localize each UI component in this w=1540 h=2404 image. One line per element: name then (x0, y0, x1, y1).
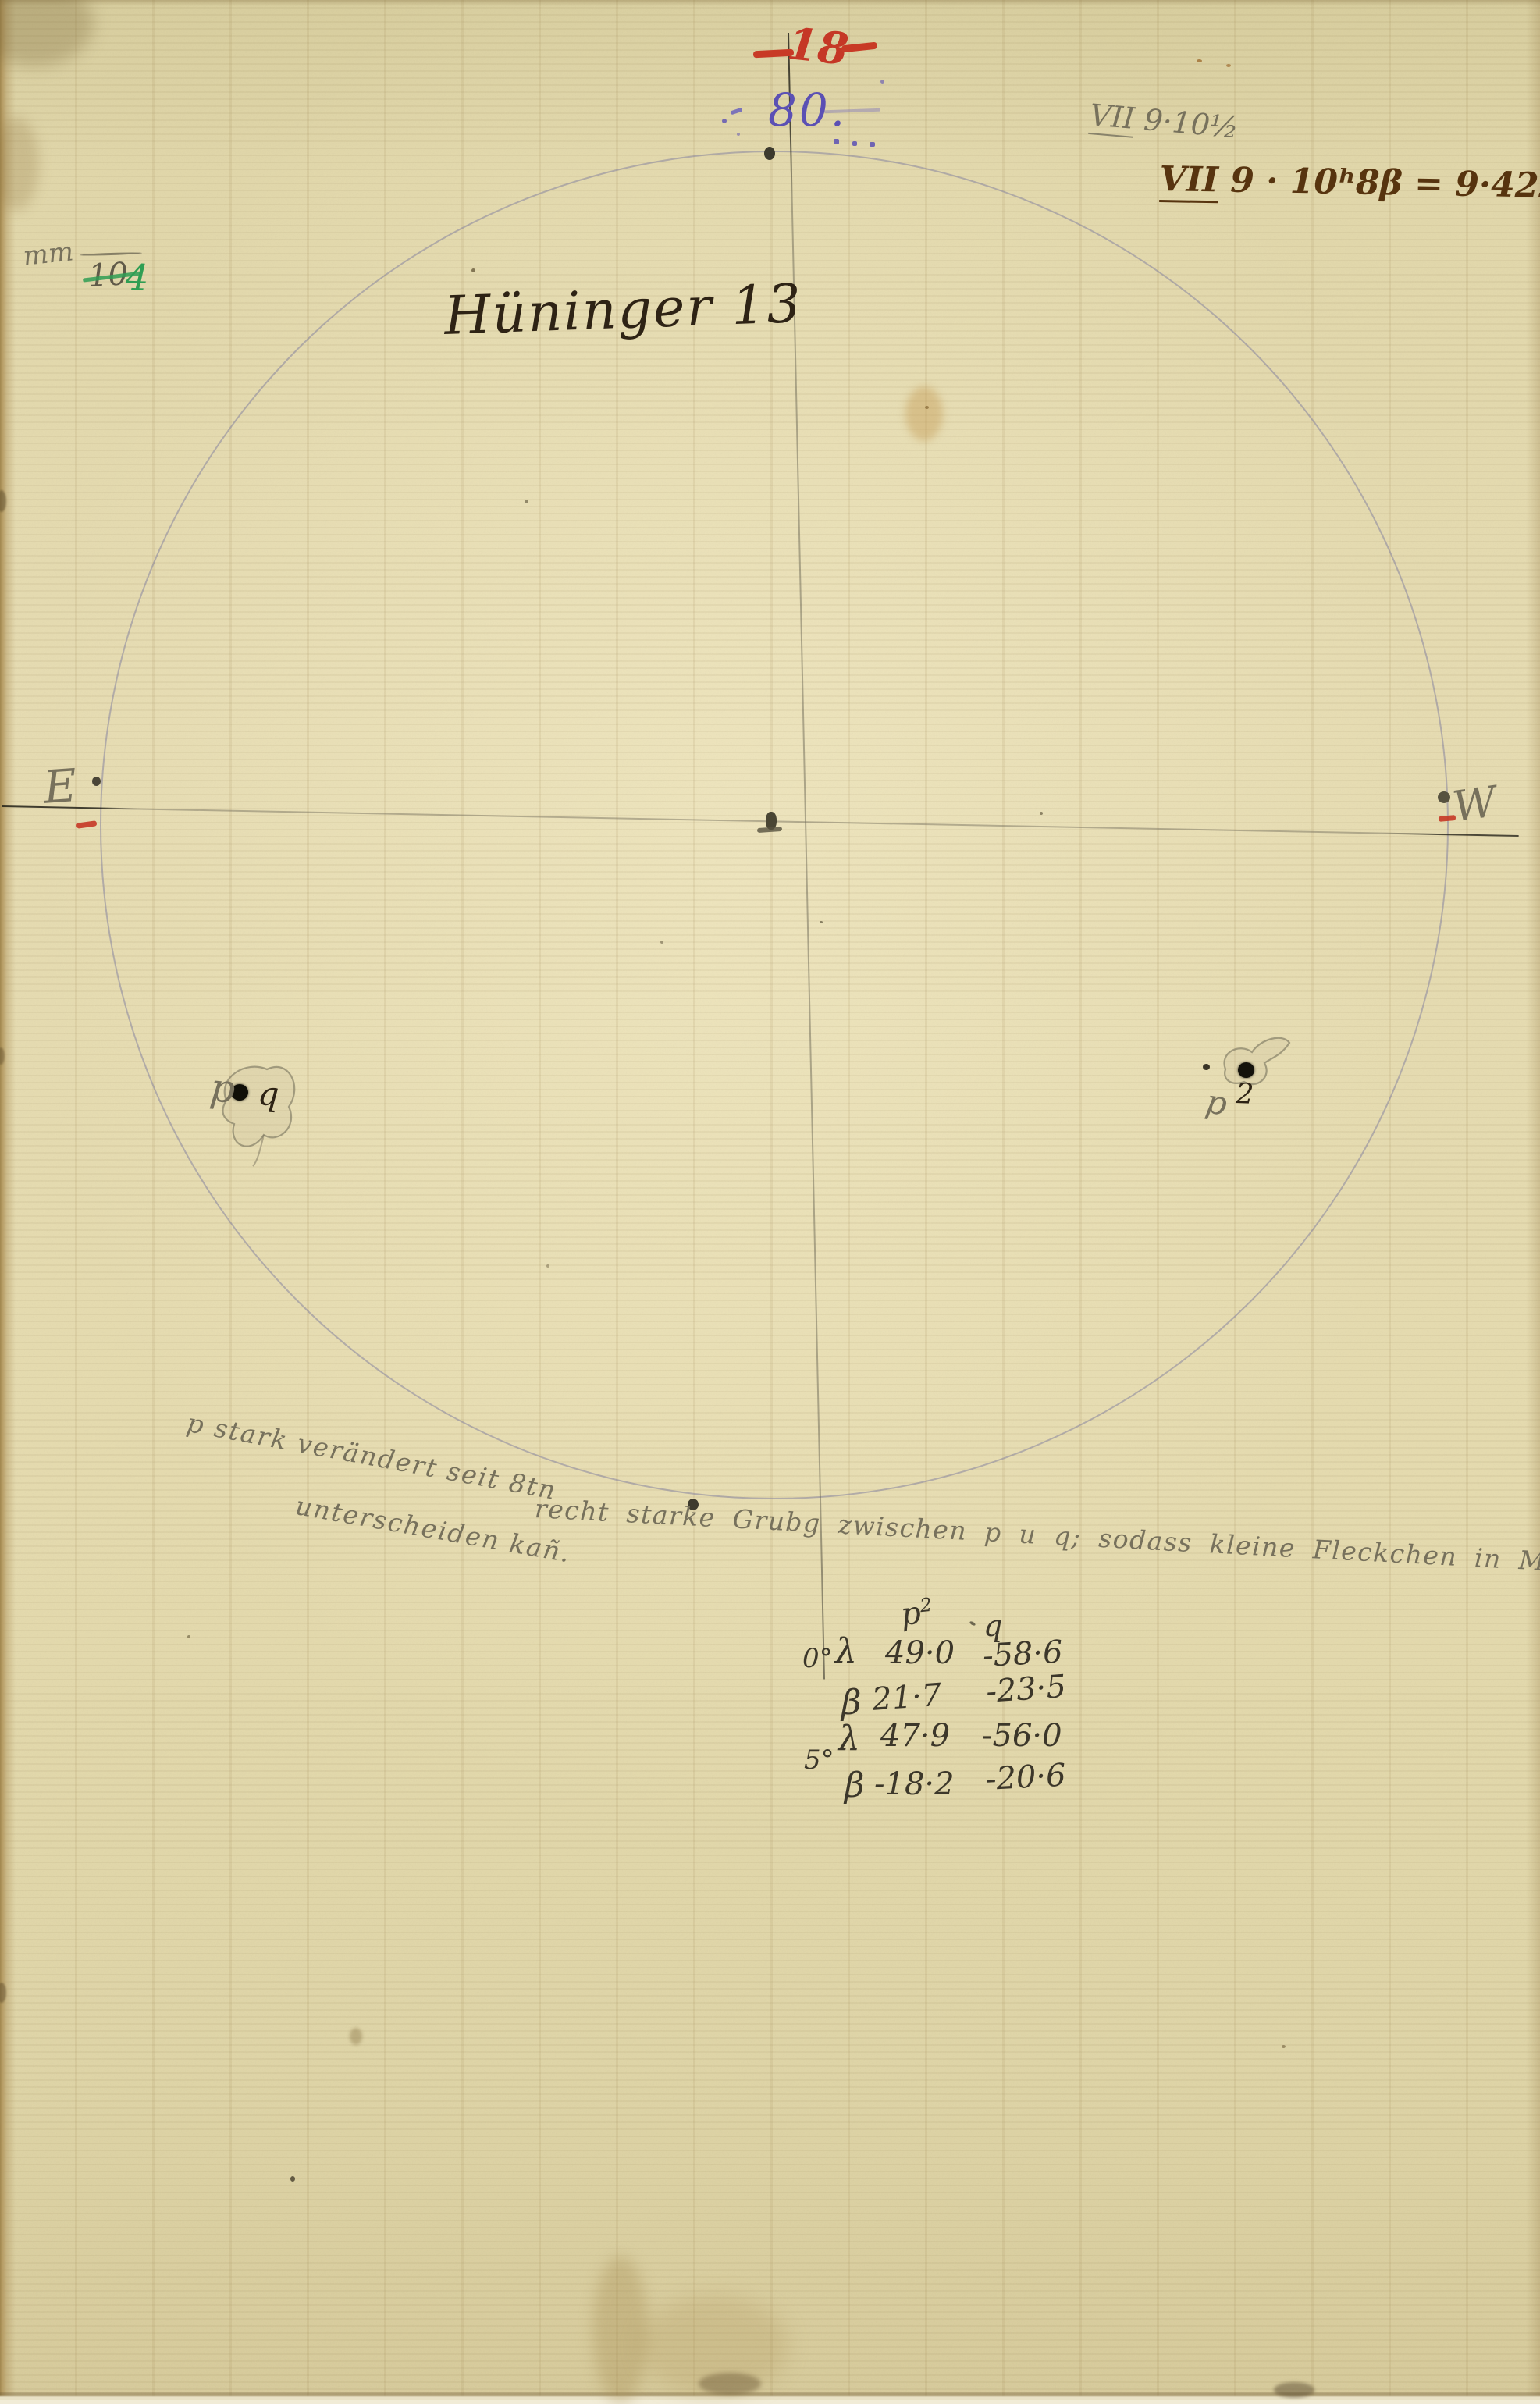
page-top-edge (0, 0, 1540, 6)
table-cell-sym-3: β (845, 1769, 864, 1803)
date-ink-prefix: VII (1159, 159, 1218, 203)
paper-speck (1226, 64, 1231, 67)
table-cell-deg-0: 0° (802, 1645, 833, 1672)
spot-label-2: 2 (1236, 1080, 1254, 1109)
table-cell-v2-0: -58·6 (982, 1637, 1064, 1672)
blue-mark (870, 142, 875, 147)
paper-speck (1282, 2045, 1286, 2048)
sunspot-dot-north (764, 147, 775, 160)
date-ink-rest: 9 · 10ʰ8β = 9·422 (1218, 160, 1540, 206)
blue-mark (852, 141, 857, 146)
table-cell-v1-0: 49·0 (885, 1638, 955, 1669)
date-ink: VII 9 · 10ʰ8β = 9·422 (1159, 162, 1540, 204)
paper-stain (699, 2373, 761, 2395)
margin-unit: mm (22, 238, 75, 270)
table-cell-v2-1: -23·5 (985, 1671, 1067, 1708)
table-cell-sym-1: β (841, 1686, 861, 1720)
page-title: Hüninger 13 (443, 278, 803, 343)
table-cell-v1-3: -18·2 (874, 1769, 955, 1800)
paper-stain (350, 2028, 362, 2045)
margin-new-value: 4 (125, 259, 149, 296)
paper-stain (593, 2256, 648, 2404)
table-cell-v1-2: 47·9 (880, 1720, 950, 1751)
paper-speck (187, 1635, 190, 1638)
spot-label-p-left: p (208, 1068, 237, 1109)
sunspot-dot-east (92, 777, 101, 786)
paper-speck (290, 2176, 295, 2182)
blue-mark (880, 80, 884, 84)
paper-speck (1197, 59, 1202, 62)
spot-label-q: q (257, 1077, 280, 1111)
table-cell-v2-3: -20·6 (985, 1760, 1067, 1795)
table-cell-v2-2: -56·0 (982, 1720, 1062, 1751)
blue-mark (722, 119, 727, 123)
west-label: W (1450, 781, 1499, 828)
table-cell-v1-1: 21·7 (871, 1680, 943, 1716)
table-header-q: q (983, 1611, 1002, 1641)
paper-stain (1274, 2382, 1314, 2398)
table-cell-sym-2: λ (838, 1722, 860, 1756)
table-header-p2: p2 (899, 1595, 934, 1631)
sunspot-umbra-right (1238, 1062, 1254, 1078)
table-cell-deg-2: 5° (804, 1747, 834, 1773)
sunspot-dot-west (1438, 791, 1450, 803)
page-right-edge (1526, 0, 1540, 2404)
page-left-edge (0, 0, 16, 2404)
date-pencil-prefix: VII (1088, 98, 1136, 138)
plate-number: 18 (785, 22, 850, 72)
table-header-p2-sup: 2 (919, 1594, 933, 1616)
observation-sheet: p q p 2 18 80. VII 9·10½ VII 9 · 10ʰ8β =… (0, 0, 1540, 2404)
sunspot-speck-right (1203, 1064, 1210, 1070)
blue-mark (737, 133, 740, 136)
blue-mark (834, 139, 839, 144)
table-cell-sym-0: λ (835, 1634, 857, 1669)
east-label: E (42, 763, 78, 810)
